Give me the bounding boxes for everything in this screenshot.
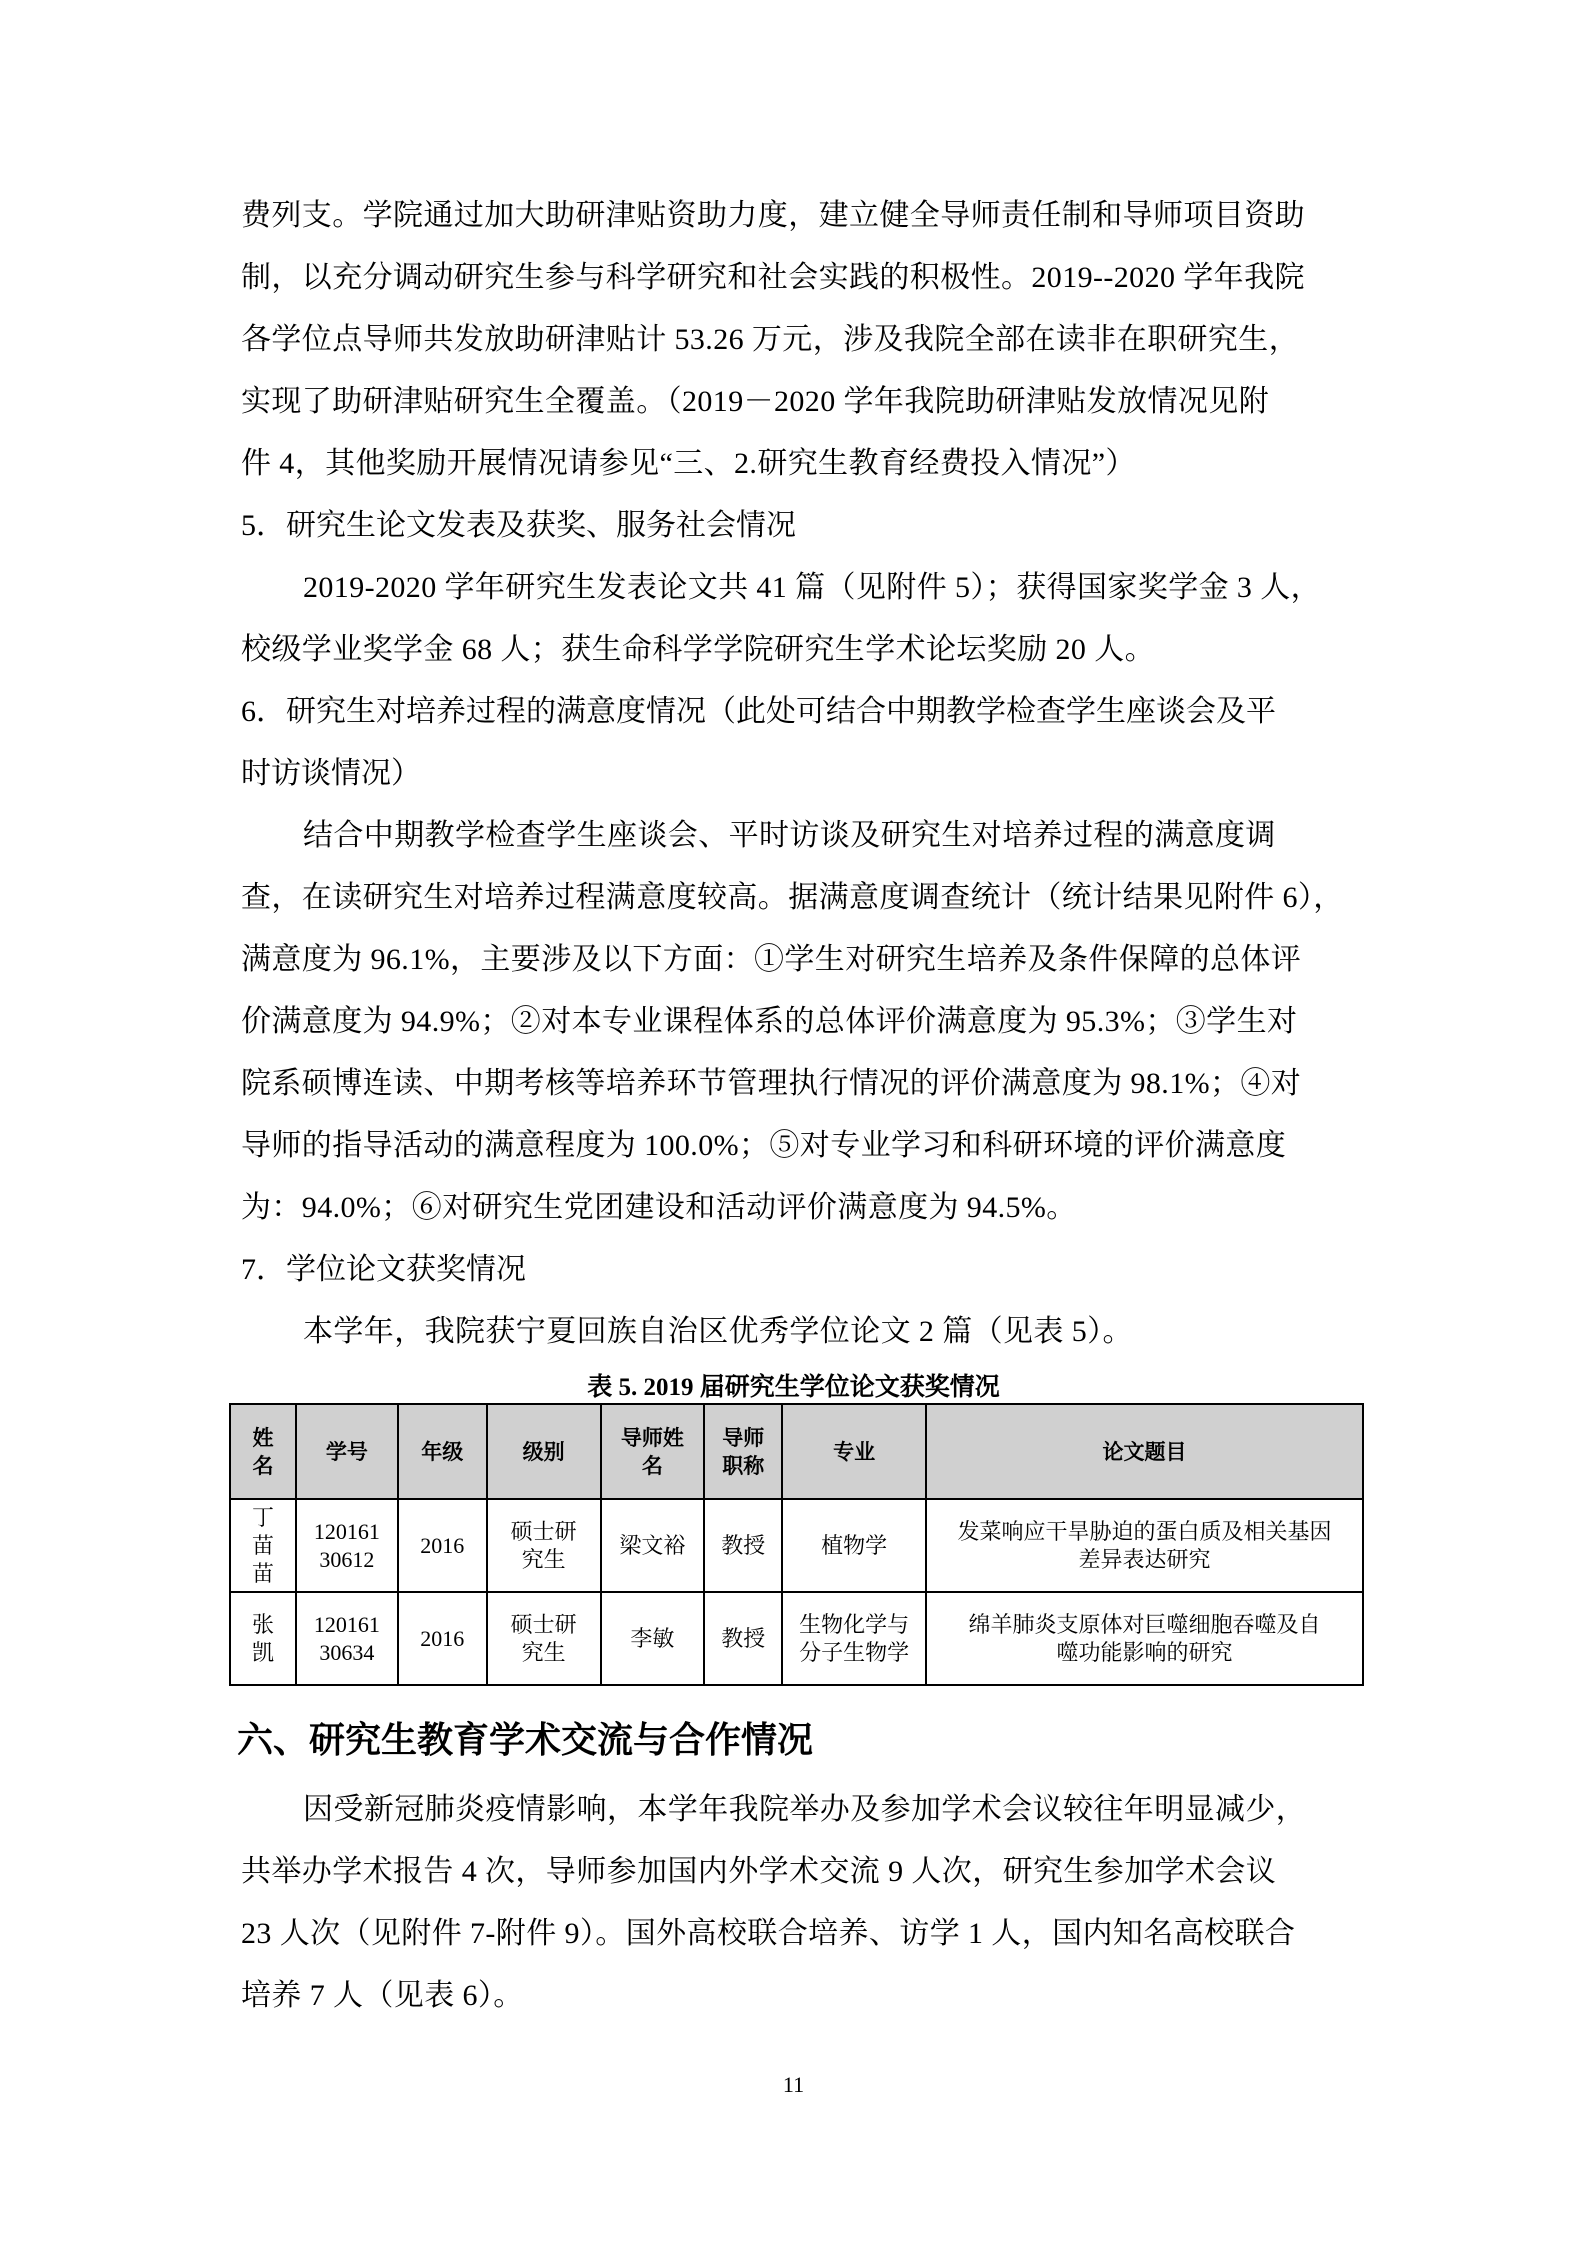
paragraph-line: 查，在读研究生对培养过程满意度较高。据满意度调查统计（统计结果见附件 6）， — [241, 878, 1361, 918]
section-7-heading: 7．学位论文获奖情况 — [241, 1250, 526, 1290]
chapter-6-heading: 六、研究生教育学术交流与合作情况 — [237, 1718, 813, 1762]
cell-grade: 2016 — [398, 1592, 487, 1685]
table-header-row: 姓名 学号 年级 级别 导师姓名 导师职称 专业 论文题目 — [230, 1404, 1363, 1499]
header-major: 专业 — [782, 1404, 926, 1499]
paragraph-line: 制，以充分调动研究生参与科学研究和社会实践的积极性。2019--2020 学年我… — [241, 258, 1361, 298]
header-level: 级别 — [487, 1404, 601, 1499]
cell-level: 硕士研究生 — [487, 1592, 601, 1685]
page-number: 11 — [0, 2072, 1587, 2098]
cell-name: 丁苗苗 — [230, 1499, 296, 1592]
paragraph-line: 培养 7 人（见表 6）。 — [241, 1976, 1361, 2016]
document-page: 费列支。学院通过加大助研津贴资助力度，建立健全导师责任制和导师项目资助 制，以充… — [0, 0, 1587, 2245]
paragraph-line: 实现了助研津贴研究生全覆盖。（2019－2020 学年我院助研津贴发放情况见附 — [241, 382, 1361, 422]
paragraph-line: 为：94.0%；⑥对研究生党团建设和活动评价满意度为 94.5%。 — [241, 1188, 1361, 1228]
cell-advisor-title: 教授 — [704, 1499, 782, 1592]
table-row: 张凯 12016130634 2016 硕士研究生 李敏 教授 生物化学与分子生… — [230, 1592, 1363, 1685]
cell-student-id: 12016130612 — [296, 1499, 398, 1592]
paragraph-line: 2019-2020 学年研究生发表论文共 41 篇（见附件 5）；获得国家奖学金… — [303, 568, 1423, 608]
cell-name: 张凯 — [230, 1592, 296, 1685]
paragraph-line: 本学年，我院获宁夏回族自治区优秀学位论文 2 篇（见表 5）。 — [303, 1312, 1423, 1352]
cell-thesis-title: 发菜响应干旱胁迫的蛋白质及相关基因差异表达研究 — [926, 1499, 1363, 1592]
table-caption: 表 5. 2019 届研究生学位论文获奖情况 — [0, 1372, 1587, 1404]
cell-major: 植物学 — [782, 1499, 926, 1592]
paragraph-line: 院系硕博连读、中期考核等培养环节管理执行情况的评价满意度为 98.1%；④对 — [241, 1064, 1361, 1104]
section-5-heading: 5．研究生论文发表及获奖、服务社会情况 — [241, 506, 796, 546]
paragraph-line: 满意度为 96.1%，主要涉及以下方面：①学生对研究生培养及条件保障的总体评 — [241, 940, 1361, 980]
header-name: 姓名 — [230, 1404, 296, 1499]
header-student-id: 学号 — [296, 1404, 398, 1499]
paragraph-line: 23 人次（见附件 7-附件 9）。国外高校联合培养、访学 1 人，国内知名高校… — [241, 1914, 1361, 1954]
paragraph-line: 导师的指导活动的满意程度为 100.0%；⑤对专业学习和科研环境的评价满意度 — [241, 1126, 1361, 1166]
paragraph-line: 件 4，其他奖励开展情况请参见“三、2.研究生教育经费投入情况”） — [241, 444, 1361, 484]
paragraph-line: 费列支。学院通过加大助研津贴资助力度，建立健全导师责任制和导师项目资助 — [241, 196, 1361, 236]
cell-thesis-title: 绵羊肺炎支原体对巨噬细胞吞噬及自噬功能影响的研究 — [926, 1592, 1363, 1685]
table-row: 丁苗苗 12016130612 2016 硕士研究生 梁文裕 教授 植物学 发菜… — [230, 1499, 1363, 1592]
paragraph-line: 价满意度为 94.9%；②对本专业课程体系的总体评价满意度为 95.3%；③学生… — [241, 1002, 1361, 1042]
cell-student-id: 12016130634 — [296, 1592, 398, 1685]
paragraph-line: 共举办学术报告 4 次，导师参加国内外学术交流 9 人次，研究生参加学术会议 — [241, 1852, 1361, 1892]
header-advisor-title: 导师职称 — [704, 1404, 782, 1499]
section-6-heading: 6．研究生对培养过程的满意度情况（此处可结合中期教学检查学生座谈会及平 — [241, 692, 1276, 732]
cell-major: 生物化学与分子生物学 — [782, 1592, 926, 1685]
paragraph-line: 因受新冠肺炎疫情影响，本学年我院举办及参加学术会议较往年明显减少， — [303, 1790, 1423, 1830]
header-thesis-title: 论文题目 — [926, 1404, 1363, 1499]
header-grade: 年级 — [398, 1404, 487, 1499]
cell-advisor-title: 教授 — [704, 1592, 782, 1685]
paragraph-line: 结合中期教学检查学生座谈会、平时访谈及研究生对培养过程的满意度调 — [303, 816, 1423, 856]
cell-level: 硕士研究生 — [487, 1499, 601, 1592]
header-advisor-name: 导师姓名 — [601, 1404, 705, 1499]
cell-grade: 2016 — [398, 1499, 487, 1592]
cell-advisor-name: 梁文裕 — [601, 1499, 705, 1592]
cell-advisor-name: 李敏 — [601, 1592, 705, 1685]
paragraph-line: 校级学业奖学金 68 人；获生命科学学院研究生学术论坛奖励 20 人。 — [241, 630, 1361, 670]
thesis-awards-table: 姓名 学号 年级 级别 导师姓名 导师职称 专业 论文题目 丁苗苗 120161… — [229, 1403, 1364, 1686]
section-6-heading-cont: 时访谈情况） — [241, 754, 421, 794]
paragraph-line: 各学位点导师共发放助研津贴计 53.26 万元，涉及我院全部在读非在职研究生， — [241, 320, 1361, 360]
